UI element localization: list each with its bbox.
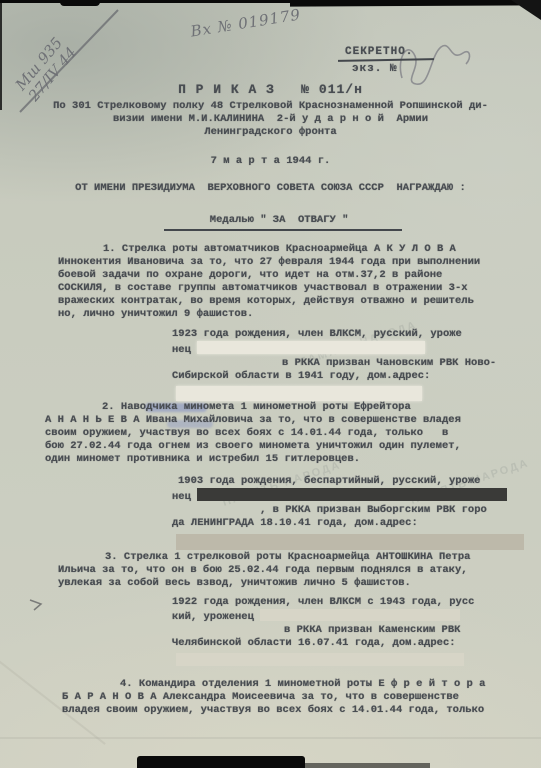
entry-paragraph-line: один миномет противника и истребил 15 ги… [45,453,461,466]
award-statement: ОТ ИМЕНИ ПРЕЗИДИУМА ВЕРХОВНОГО СОВЕТА СО… [0,182,541,195]
issuer-line: визии имени М.И.КАЛИНИНА 2-й у д а р н о… [0,113,541,126]
bio-line: нец [172,488,524,504]
bio-line: нец [172,341,496,357]
copy-number: экз. № [352,63,398,76]
entry-paragraph-line: увлекая за собой весь взвод, уничтожив л… [58,577,470,590]
entry-paragraph-line: СОСКИЛЯ, в составе группы автоматчиков у… [58,282,480,295]
entry-paragraph-line: 3. Стрелка 1 стрелковой роты Красноармей… [105,551,470,564]
award-entry-2-bio: 1903 года рождения, беспартийный, русски… [172,475,524,550]
award-entry-2: 2. Наводчика миномета 1 минометной роты … [45,401,461,466]
redaction-box-light [260,609,460,621]
entry-paragraph-line: Ильича за то, что он в бою 25.02.44 года… [58,564,470,577]
bio-line-text: нец [172,344,191,356]
entry-paragraph-line: Иннокентия Ивановича за то, что 27 февра… [58,256,480,269]
pencil-tick [30,600,41,610]
award-entry-1: 1. Стрелка роты автоматчиков Красноармей… [58,243,480,321]
entry-paragraph-line: бою 27.02.44 года огнем из своего миноме… [45,440,461,453]
award-entry-4: 4. Командира отделения 1 минометной роты… [62,678,485,717]
award-entry-3: 3. Стрелка 1 стрелковой роты Красноармей… [58,551,470,590]
entry-paragraph-line: 2. Наводчика миномета 1 минометной роты … [102,401,461,414]
award-entry-3-bio: 1922 года рождения, член ВЛКСМ с 1943 го… [172,596,474,666]
bio-line-text: кий, уроженец [172,611,254,623]
issuer-line: Ленинградского фронта [0,126,541,139]
bio-line: да ЛЕНИНГРАДА 18.10.41 года, дом.адрес: [172,517,524,530]
entry-paragraph-line: Б А Р А Н О В А Александра Моисеевича за… [62,691,485,704]
bio-line: 1923 года рождения, член ВЛКСМ, русский,… [172,328,496,341]
issuer-block: По 301 Стрелковому полку 48 Стрелковой К… [0,100,541,139]
redaction-box-dark [197,488,507,501]
issuer-line: По 301 Стрелковому полку 48 Стрелковой К… [0,100,541,113]
entry-paragraph-line: боевой задачи по охране дороги, что идет… [58,269,480,282]
entry-paragraph-line: 4. Командира отделения 1 минометной роты… [120,678,485,691]
entry-paragraph-line: владея своим оружием, участвуя во всех б… [62,704,485,717]
bio-line: 1922 года рождения, член ВЛКСМ с 1943 го… [172,596,474,609]
bio-line: в РККА призван Каменским РВК [284,624,474,637]
redaction-box [197,341,425,354]
bio-line-text: нец [172,491,191,503]
medal-line-text: Медалью " ЗА ОТВАГУ " [164,214,403,231]
bio-line: кий, уроженец [172,609,474,624]
bio-line: Челябинской области 16.07.41 года, дом.а… [172,637,474,650]
redaction-box-light [176,653,464,666]
bio-line: 1903 года рождения, беспартийный, русски… [178,475,524,488]
order-date: 7 м а р т а 1944 г. [0,155,541,168]
medal-line: Медалью " ЗА ОТВАГУ " [0,201,541,240]
bio-line: в РККА призван Чановским РВК Ново- [282,357,496,370]
bio-line: Сибирской области в 1941 году, дом.адрес… [172,370,496,383]
award-entry-1-bio: 1923 года рождения, член ВЛКСМ, русский,… [172,328,496,401]
bio-line: , в РККА призван Выборгским РВК горо [260,504,524,517]
entry-paragraph-line: но, лично уничтожил 9 фашистов. [58,308,480,321]
redaction-box [176,386,422,401]
entry-paragraph-line: 1. Стрелка роты автоматчиков Красноармей… [103,243,480,256]
scanned-order-page: Мш 935 27/IV 44 Вх № 019179 ПАМЯТЬ НАРОД… [0,0,541,768]
redaction-box-gray [176,534,524,550]
entry-paragraph-line: своим оружием, участвуя во всех боях с 1… [45,427,461,440]
order-title: П Р И К А З № 011/н [0,82,541,97]
entry-paragraph-line: вражеских контратак, во время которых, д… [58,295,480,308]
secrecy-stamp: СЕКРЕТНО. [345,46,413,59]
entry-paragraph-line: А Н А Н Ь Е В А Ивана Михайловича за то,… [45,414,461,427]
